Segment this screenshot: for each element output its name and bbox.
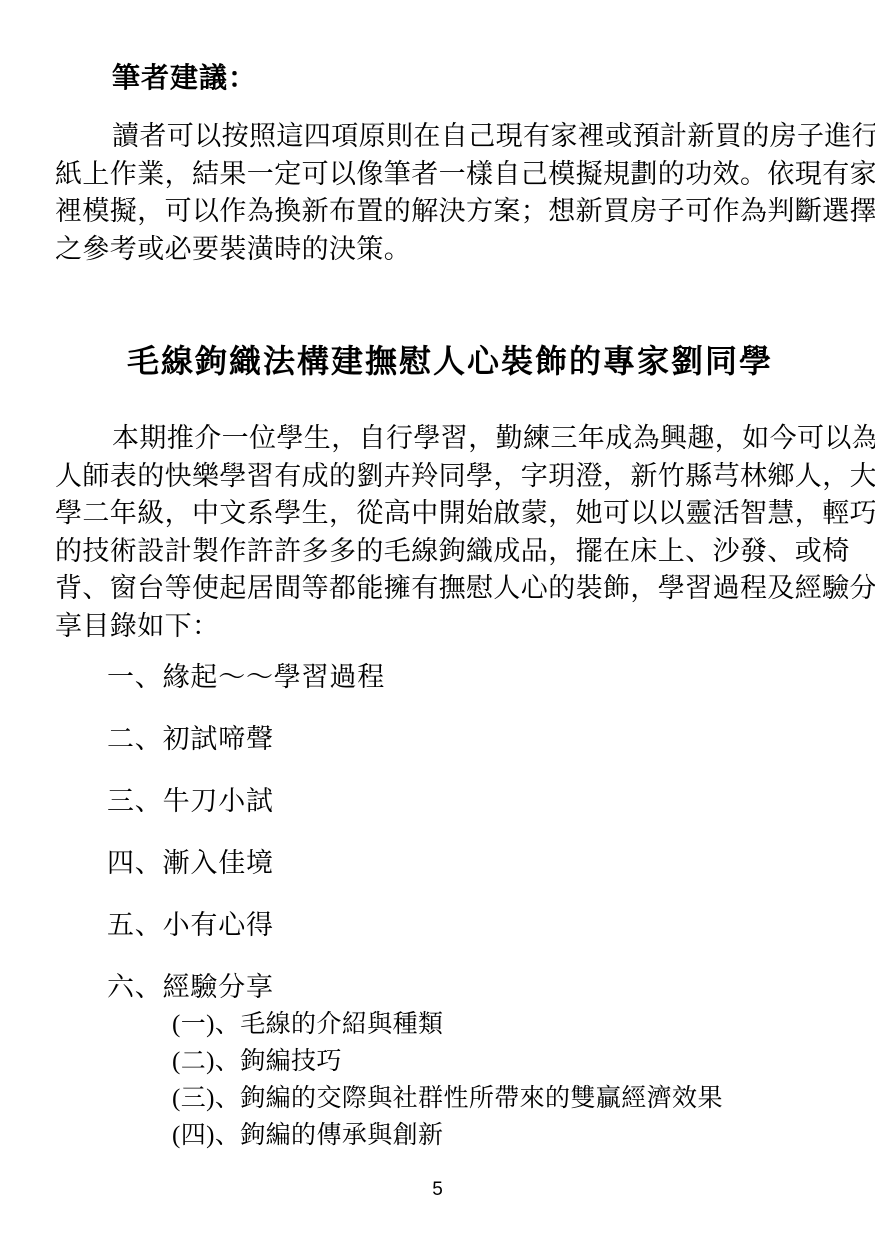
toc-sub-list: (一)、毛線的介紹與種類 (二)、鉤編技巧 (三)、鉤編的交際與社群性所帶來的雙… <box>55 1006 845 1154</box>
article-title: 毛線鉤織法構建撫慰人心裝飾的專家劉同學 <box>55 339 845 383</box>
toc-sub-item-2: (二)、鉤編技巧 <box>55 1043 845 1080</box>
paragraph-line: 裡模擬，可以作為換新布置的解決方案；想新買房子可作為判斷選擇 <box>55 193 845 231</box>
paragraph-line: 讀者可以按照這四項原則在自己現有家裡或預計新買的房子進行 <box>55 118 845 156</box>
paragraph-line: 本期推介一位學生，自行學習，勤練三年成為興趣，如今可以為 <box>55 420 845 458</box>
page-content: 筆者建議： 讀者可以按照這四項原則在自己現有家裡或預計新買的房子進行 紙上作業，… <box>0 0 875 1154</box>
toc-sub-item-4: (四)、鉤編的傳承與創新 <box>55 1117 845 1154</box>
page-number: 5 <box>0 1179 875 1201</box>
paragraph-line: 紙上作業，結果一定可以像筆者一樣自己模擬規劃的功效。依現有家 <box>55 156 845 194</box>
toc-item-4: 四、漸入佳境 <box>55 844 845 882</box>
document-page: 筆者建議： 讀者可以按照這四項原則在自己現有家裡或預計新買的房子進行 紙上作業，… <box>0 0 875 1240</box>
toc-sub-item-3: (三)、鉤編的交際與社群性所帶來的雙贏經濟效果 <box>55 1080 845 1117</box>
toc-item-3: 三、牛刀小試 <box>55 782 845 820</box>
toc-item-5: 五、小有心得 <box>55 906 845 944</box>
toc-list: 一、緣起～～學習過程 二、初試啼聲 三、牛刀小試 四、漸入佳境 五、小有心得 六… <box>55 658 845 1006</box>
article-paragraph: 本期推介一位學生，自行學習，勤練三年成為興趣，如今可以為 人師表的快樂學習有成的… <box>55 420 845 645</box>
toc-item-6: 六、經驗分享 <box>55 968 845 1006</box>
intro-paragraph: 讀者可以按照這四項原則在自己現有家裡或預計新買的房子進行 紙上作業，結果一定可以… <box>55 118 845 268</box>
toc-item-1: 一、緣起～～學習過程 <box>55 658 845 696</box>
intro-heading: 筆者建議： <box>55 0 845 100</box>
paragraph-line: 享目錄如下： <box>55 608 845 646</box>
paragraph-line: 背、窗台等使起居間等都能擁有撫慰人心的裝飾，學習過程及經驗分 <box>55 570 845 608</box>
toc-item-2: 二、初試啼聲 <box>55 720 845 758</box>
toc-sub-item-1: (一)、毛線的介紹與種類 <box>55 1006 845 1043</box>
paragraph-line: 的技術設計製作許許多多的毛線鉤織成品，擺在床上、沙發、或椅 <box>55 533 845 571</box>
paragraph-line: 人師表的快樂學習有成的劉卉羚同學，字玥澄，新竹縣芎林鄉人，大 <box>55 458 845 496</box>
paragraph-line: 學二年級，中文系學生，從高中開始啟蒙，她可以以靈活智慧，輕巧 <box>55 495 845 533</box>
paragraph-line: 之參考或必要裝潢時的決策。 <box>55 231 845 269</box>
